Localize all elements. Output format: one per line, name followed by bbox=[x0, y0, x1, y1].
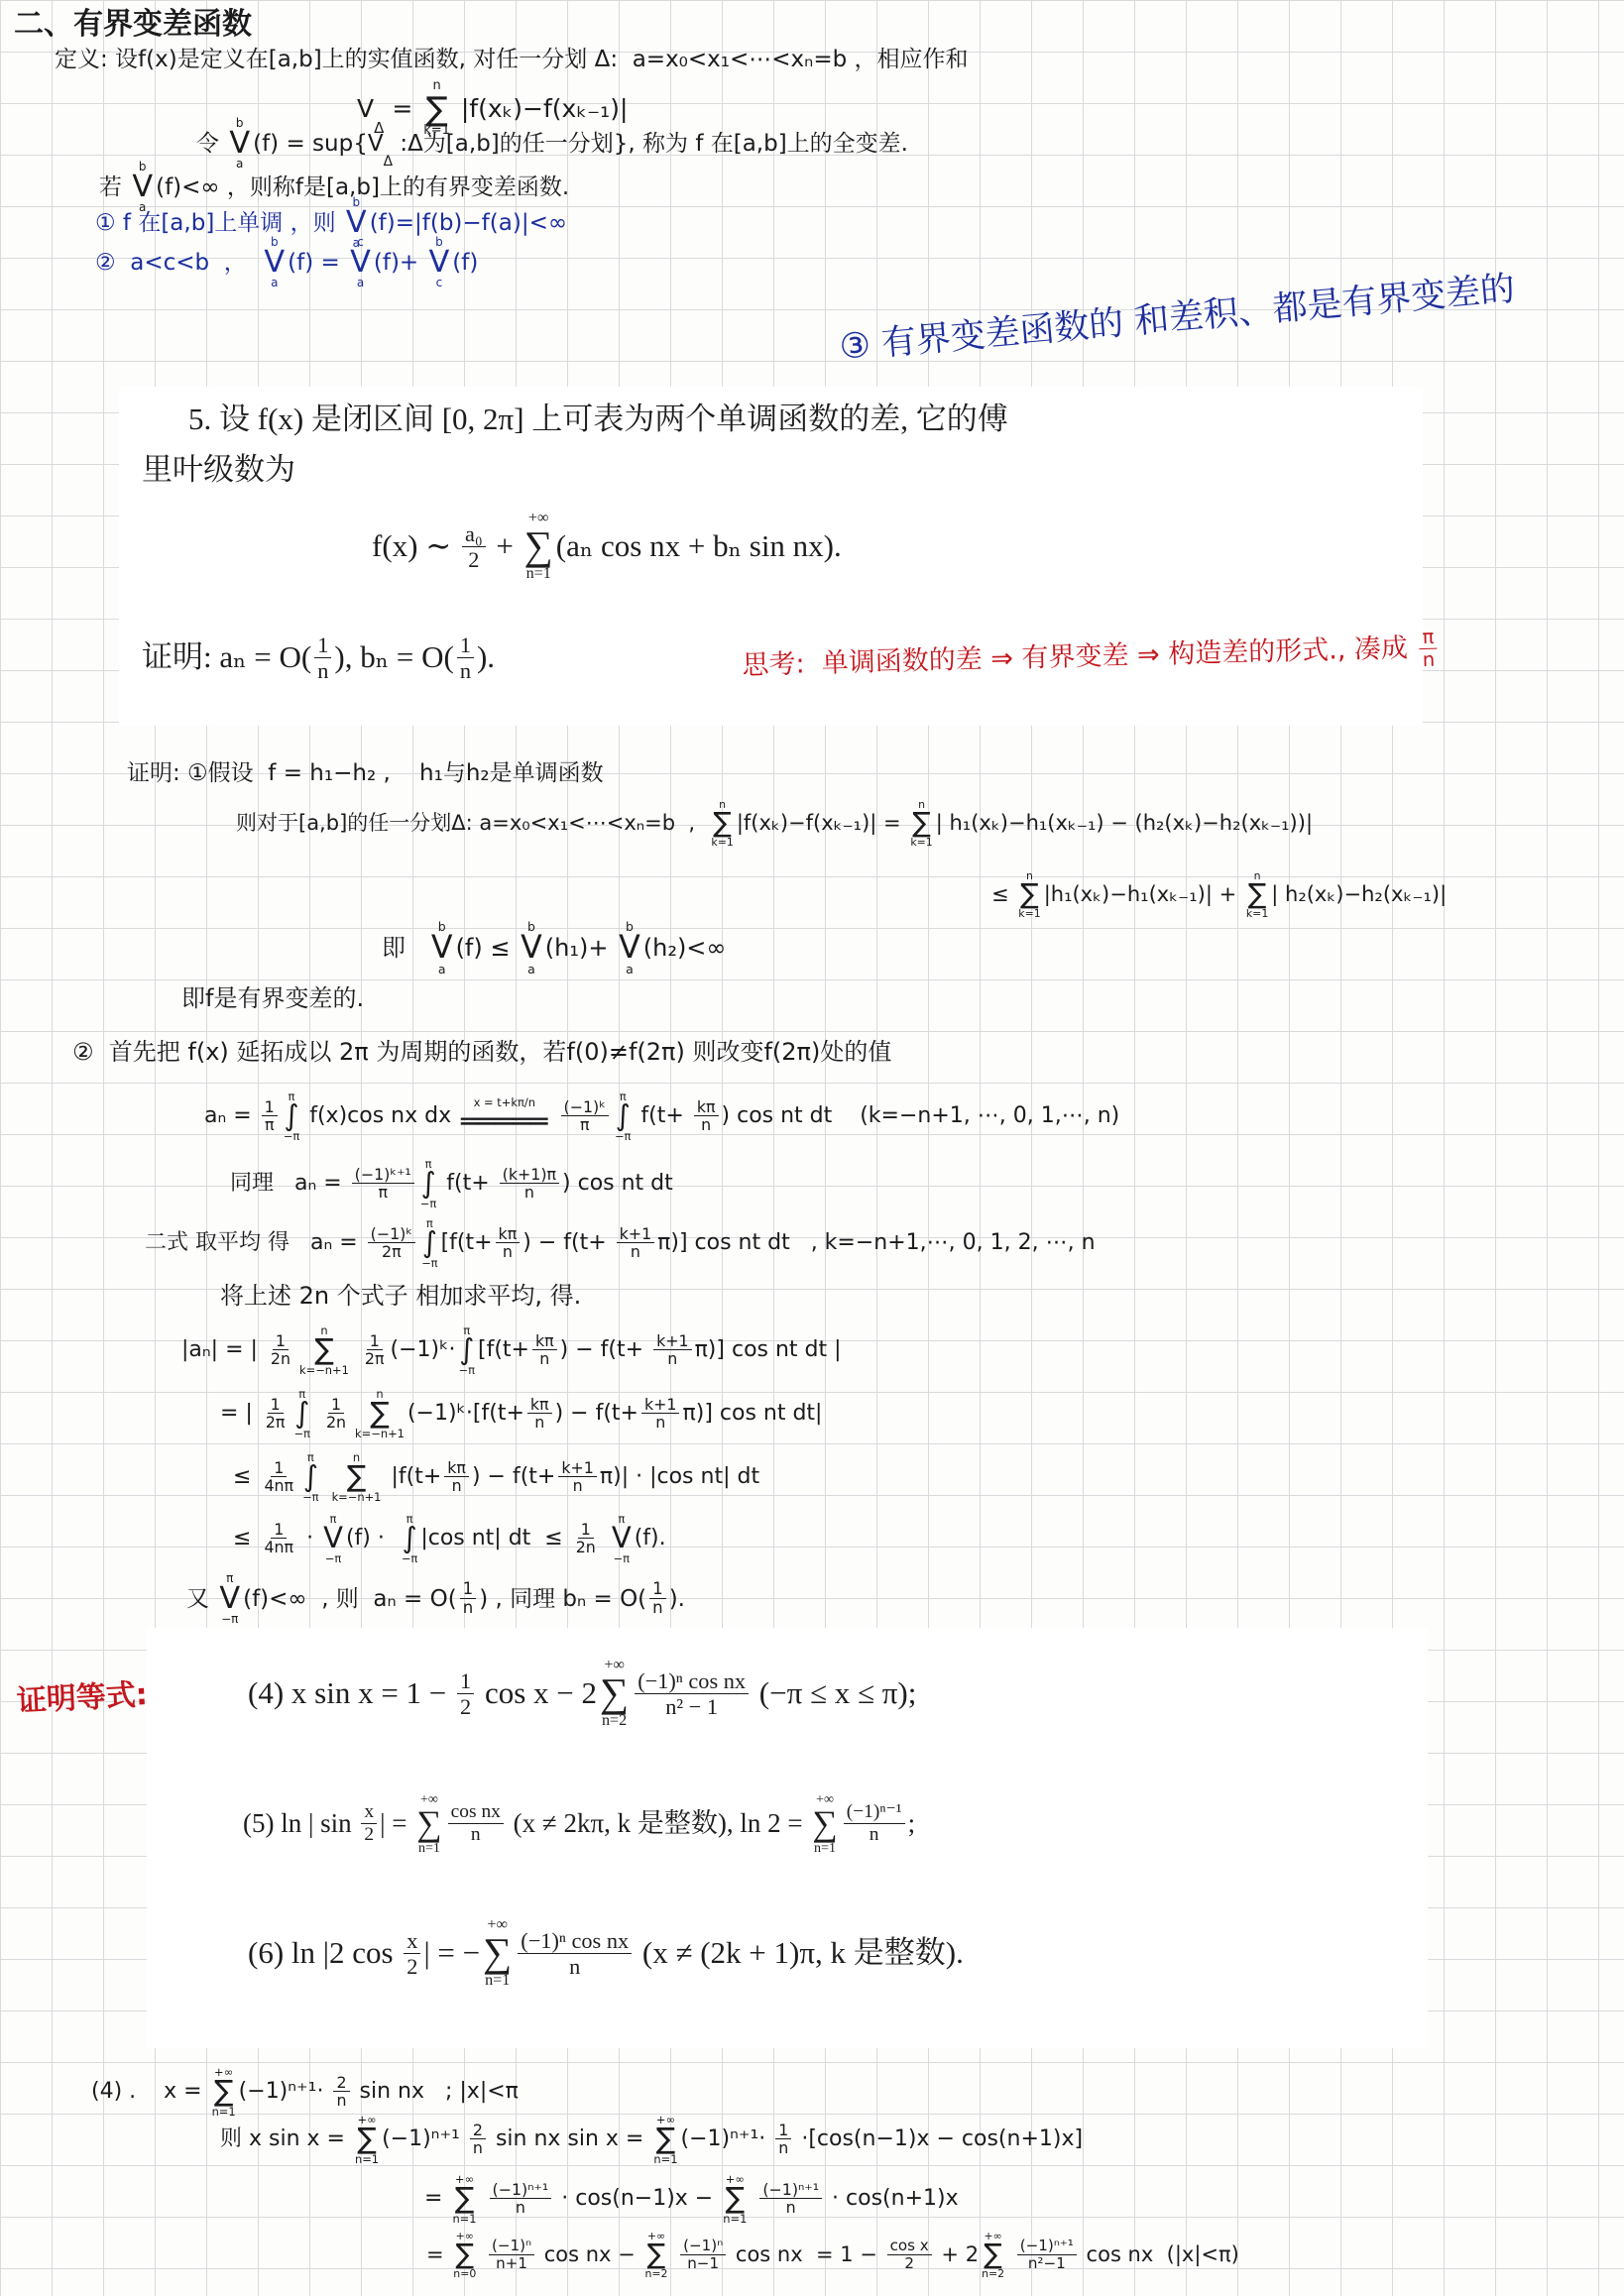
an-substitution-line2: 同理 aₙ = (−1)ᵏ⁺¹ππ∫−π f(t+ (k+1)πn) cos n… bbox=[230, 1158, 673, 1209]
abs-an-line4: ≤ 14nπ · πV−π(f) · π∫−π|cos nt| dt ≤ 12n… bbox=[233, 1513, 666, 1564]
solution4-expansion-line4: = +∞∑n=0 (−1)ⁿn+1 cos nx − +∞∑n=2 (−1)ⁿn… bbox=[426, 2231, 1239, 2279]
problem5-text-line2: 里叶级数为 bbox=[142, 451, 295, 490]
problem5-fourier-series: f(x) ∼ a₀2 + +∞∑n=1(aₙ cos nx + bₙ sin n… bbox=[372, 511, 842, 583]
proof-triangle-inequality: ≤ n∑k=1|h₁(xₖ)−h₁(xₖ₋₁)| + n∑k=1| h₂(xₖ)… bbox=[991, 870, 1447, 919]
abs-an-line1: |aₙ| = | 12nn∑k=−n+1 12π(−1)ᵏ·π∫−π[f(t+k… bbox=[181, 1324, 842, 1376]
proof-partition-sum: 则对于[a,b]的任一分划Δ: a=x₀<x₁<⋯<xₙ=b , n∑k=1|f… bbox=[236, 799, 1313, 848]
notes-page: 二、有界变差函数 定义: 设f(x)是定义在[a,b]上的实值函数, 对任一分划… bbox=[0, 0, 1624, 2296]
proof-variation-inequality: 即 bVa(f) ≤ bVa(h₁)+ bVa(h₂)<∞ bbox=[382, 920, 726, 976]
section-title: 二、有界变差函数 bbox=[14, 6, 252, 44]
remark-3-closure: ③ 有界变差函数的 和差积、都是有界变差的 bbox=[838, 268, 1517, 370]
abs-an-line3: ≤ 14nππ∫−π n∑k=−n+1 |f(t+kπn) − f(t+k+1n… bbox=[233, 1451, 759, 1503]
an-average-line: 二式 取平均 得 aₙ = (−1)ᵏ2ππ∫−π[f(t+kπn) − f(t… bbox=[145, 1217, 1096, 1269]
remark-2-additivity: ② a<c<b ， bVa(f) = cVa(f)+ bVc(f) bbox=[95, 236, 478, 289]
red-prove-equalities-label: 证明等式: bbox=[16, 1676, 149, 1720]
proof-step2-periodic-extension: ② 首先把 f(x) 延拓成以 2π 为周期的函数，若f(0)≠f(2π) 则改… bbox=[72, 1037, 891, 1067]
solution4-expansion-line3: = +∞∑n=1 (−1)ⁿ⁺¹n · cos(n−1)x − +∞∑n=1 (… bbox=[424, 2173, 959, 2225]
problem5-text-line1: 5. 设 f(x) 是闭区间 [0, 2π] 上可表为两个单调函数的差, 它的傅 bbox=[188, 401, 1008, 439]
proof-step1-conclusion: 即f是有界变差的. bbox=[181, 983, 364, 1013]
abs-an-line2: = | 12ππ∫−π 12nn∑k=−n+1(−1)ᵏ·[f(t+kπn) −… bbox=[220, 1388, 822, 1439]
equation-4: (4) x sin x = 1 − 12 cos x − 2+∞∑n=2(−1)… bbox=[248, 1658, 916, 1730]
equation-6: (6) ln |2 cos x2| = −+∞∑n=1(−1)ⁿ cos nxn… bbox=[248, 1917, 964, 1990]
sum-2n-note: 将上述 2n 个式子 相加求平均, 得. bbox=[220, 1281, 581, 1311]
order-conclusion: 又 πV−π(f)<∞ , 则 aₙ = O(1n) , 同理 bₙ = O(1… bbox=[186, 1572, 685, 1626]
definition-line: 定义: 设f(x)是定义在[a,b]上的实值函数, 对任一分划 Δ: a=x₀<… bbox=[55, 46, 969, 74]
proof-step1-assumption: 证明: ①假设 f = h₁−h₂ , h₁与h₂是单调函数 bbox=[127, 759, 604, 788]
solution4-expansion-line2: 则 x sin x = +∞∑n=1(−1)ⁿ⁺¹ 2n sin nx sin … bbox=[220, 2114, 1083, 2165]
problem5-claim: 证明: aₙ = O(1n), bₙ = O(1n). bbox=[142, 632, 495, 683]
equation-5: (5) ln | sin x2| = +∞∑n=1cos nxn (x ≠ 2k… bbox=[243, 1792, 915, 1855]
solution4-expansion-line1: (4) . x = +∞∑n=1(−1)ⁿ⁺¹· 2n sin nx ; |x|… bbox=[91, 2066, 519, 2118]
an-substitution-line: aₙ = 1ππ∫−π f(x)cos nx dx x = t+kπ/n════… bbox=[204, 1091, 1119, 1142]
